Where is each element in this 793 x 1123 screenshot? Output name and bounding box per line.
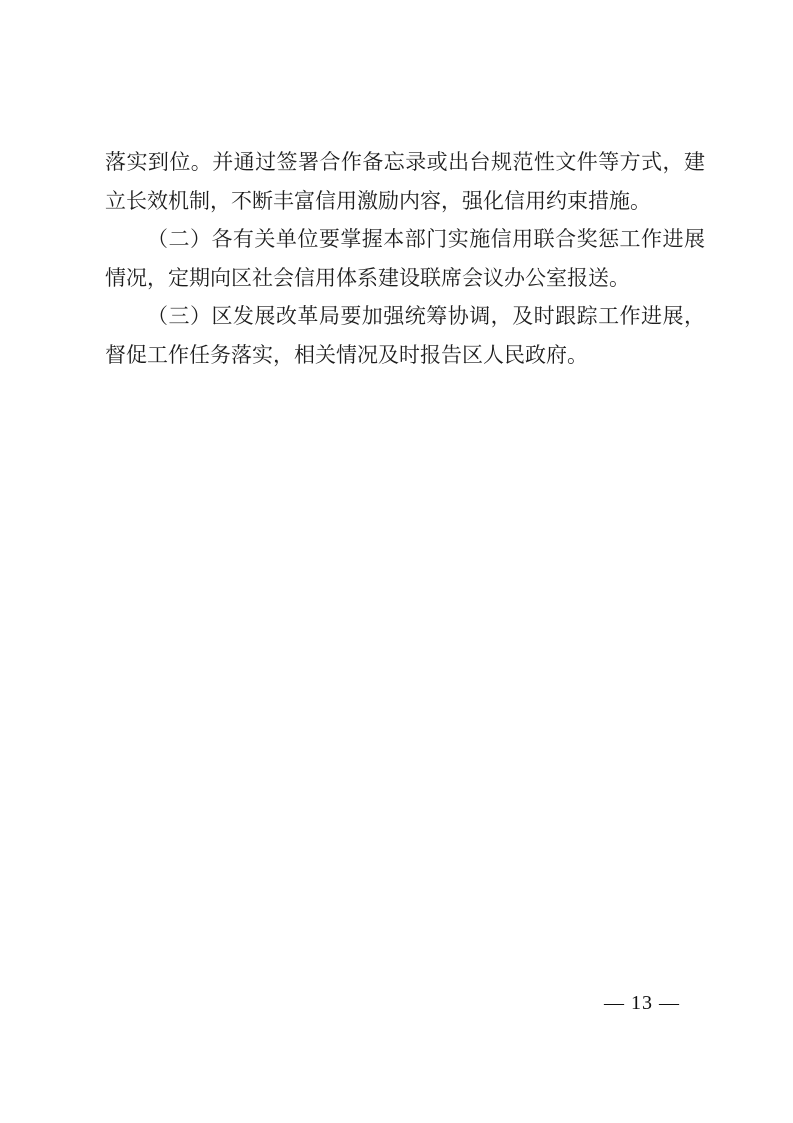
document-page: 落实到位。并通过签署合作备忘录或出台规范性文件等方式，建 立长效机制，不断丰富信… <box>0 0 793 1123</box>
body-line: （三）区发展改革局要加强统筹协调，及时跟踪工作进展， <box>105 297 705 336</box>
body-line: 立长效机制，不断丰富信用激励内容，强化信用约束措施。 <box>105 182 705 221</box>
body-line: （二）各有关单位要掌握本部门实施信用联合奖惩工作进展 <box>105 220 705 259</box>
document-body: 落实到位。并通过签署合作备忘录或出台规范性文件等方式，建 立长效机制，不断丰富信… <box>105 143 705 375</box>
page-number: — 13 — <box>604 993 680 1013</box>
body-line: 落实到位。并通过签署合作备忘录或出台规范性文件等方式，建 <box>105 143 705 182</box>
body-line: 情况，定期向区社会信用体系建设联席会议办公室报送。 <box>105 259 705 298</box>
body-line: 督促工作任务落实，相关情况及时报告区人民政府。 <box>105 336 705 375</box>
